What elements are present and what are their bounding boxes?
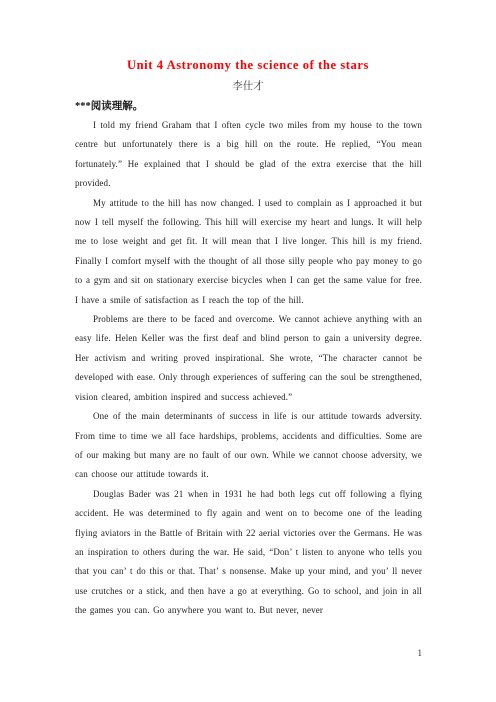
document-body: ***阅读理解。 I told my friend Graham that I … <box>0 99 496 621</box>
body-paragraph: One of the main determinants of success … <box>75 407 422 485</box>
section-heading-reading-comprehension: ***阅读理解。 <box>75 99 422 114</box>
author-name: 李仕才 <box>0 80 496 94</box>
paragraph-block: I told my friend Graham that I often cyc… <box>75 116 422 621</box>
body-paragraph: My attitude to the hill has now changed.… <box>75 194 422 310</box>
document-page: Unit 4 Astronomy the science of the star… <box>0 0 496 702</box>
document-title: Unit 4 Astronomy the science of the star… <box>0 0 496 74</box>
body-paragraph: Problems are there to be faced and overc… <box>75 310 422 407</box>
body-paragraph: I told my friend Graham that I often cyc… <box>75 116 422 194</box>
body-paragraph: Douglas Bader was 21 when in 1931 he had… <box>75 485 422 621</box>
page-number: 1 <box>418 648 423 658</box>
